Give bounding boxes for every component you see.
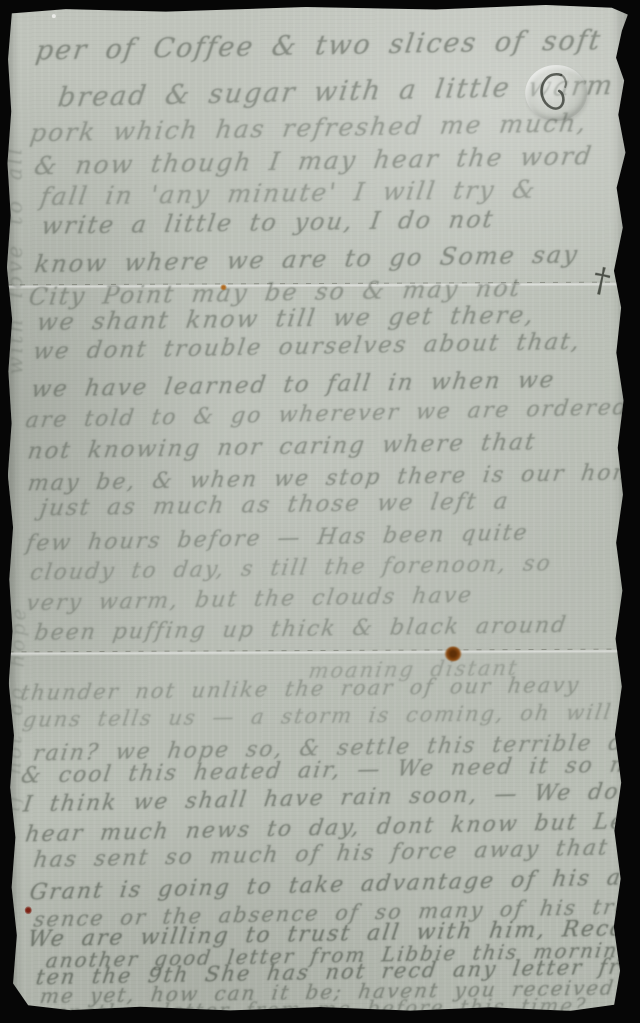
ink-blot xyxy=(445,646,462,661)
handwriting-line: guns tells us — a storm is coming, oh wi… xyxy=(21,700,640,732)
handwriting-body: per of Coffee & two slices of softbread … xyxy=(6,3,628,6)
handwriting-line: been puffing up thick & black around xyxy=(33,613,569,646)
handwriting-line: not knowing nor caring where that xyxy=(26,429,538,464)
handwriting-line: write a little to you, I do not xyxy=(40,205,497,240)
seal-pen-mark xyxy=(531,69,581,117)
pen-cross-mark: † xyxy=(589,259,614,302)
handwriting-line: very warm, but the clouds have xyxy=(25,583,475,616)
fold-crease xyxy=(9,649,631,657)
white-speck xyxy=(52,14,56,18)
red-speck xyxy=(25,906,32,914)
rust-speck xyxy=(220,284,227,290)
handwriting-line: per of Coffee & two slices of soft xyxy=(34,25,604,66)
margin-note-vertical: with love to all xyxy=(2,145,27,374)
handwriting-line: pork which has refreshed me much, xyxy=(28,108,589,147)
handwriting-line: cloudy to day, s till the forenoon, so xyxy=(29,551,554,586)
handwriting-line: few hours before — Has been quite xyxy=(24,521,530,557)
handwriting-line: we have learned to fall in when we xyxy=(30,367,557,403)
embossed-seal-icon xyxy=(525,65,587,121)
handwriting-line: know where we are to go Some say xyxy=(33,240,581,278)
scanned-letter-stage: per of Coffee & two slices of softbread … xyxy=(0,0,640,1023)
letter-page: per of Coffee & two slices of softbread … xyxy=(6,3,632,1018)
handwriting-line: thunder not unlike the roar of our heavy xyxy=(19,673,582,705)
